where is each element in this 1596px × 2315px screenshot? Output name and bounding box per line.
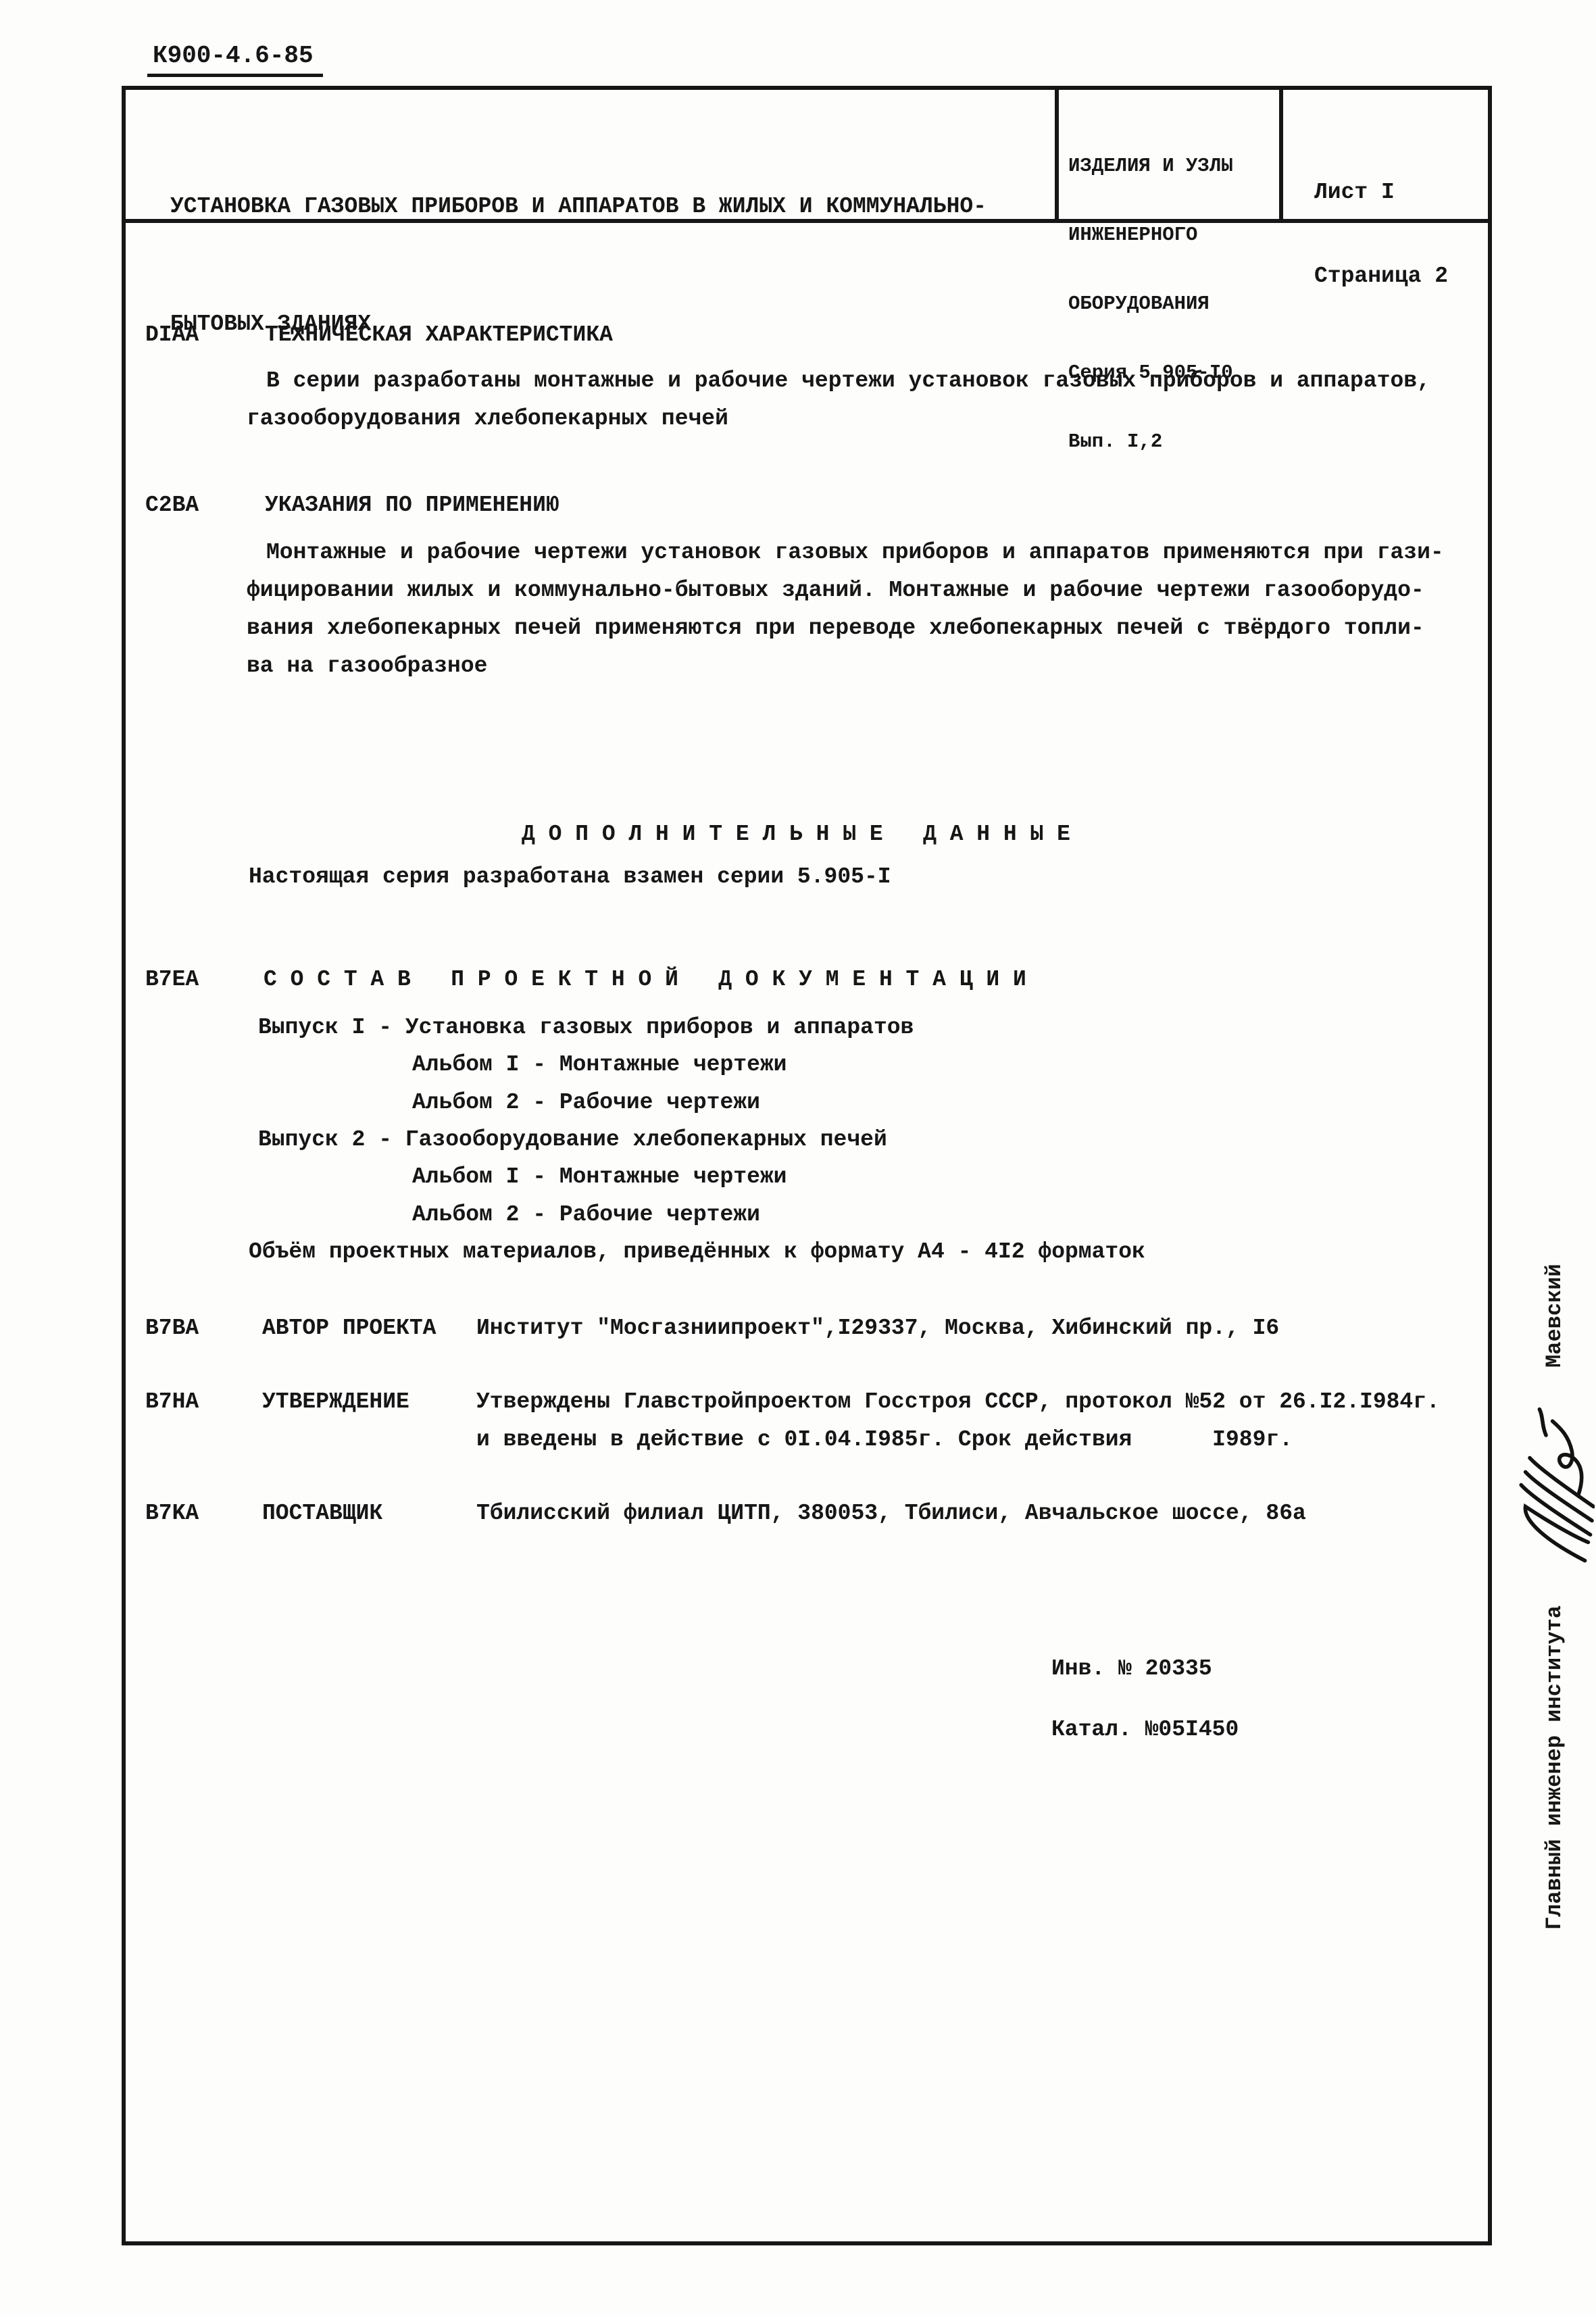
paragraph-line: газооборудования хлебопекарных печей	[247, 407, 728, 431]
composition-item: Выпуск I - Установка газовых приборов и …	[258, 1016, 914, 1040]
section-heading: С О С Т А В П Р О Е К Т Н О Й Д О К У М …	[264, 968, 1026, 992]
signoff-block: Главный инженер института Маевский	[1512, 1180, 1596, 1930]
composition-volume-note: Объём проектных материалов, приведённых …	[249, 1240, 1145, 1264]
header-title-cell: УСТАНОВКА ГАЗОВЫХ ПРИБОРОВ И АППАРАТОВ В…	[126, 90, 1055, 219]
section-code: B7KA	[145, 1501, 199, 1526]
paragraph-line: ва на газообразное	[247, 654, 487, 678]
section-heading: ТЕХНИЧЕСКАЯ ХАРАКТЕРИСТИКА	[265, 323, 613, 347]
record-label: УТВЕРЖДЕНИЕ	[262, 1390, 409, 1414]
paragraph-line: вания хлебопекарных печей применяются пр…	[247, 616, 1424, 641]
record-value-line: Утверждены Главстройпроектом Госстроя СС…	[476, 1390, 1440, 1414]
classification-line: ИЗДЕЛИЯ И УЗЛЫ	[1068, 155, 1279, 178]
additional-data-heading: Д О П О Л Н И Т Е Л Ь Н Ы Е Д А Н Н Ы Е	[522, 822, 1070, 847]
section-code: C2BA	[145, 493, 199, 518]
issue-number: Вып. I,2	[1068, 430, 1279, 453]
classification-line: ОБОРУДОВАНИЯ	[1068, 293, 1279, 316]
additional-data-note: Настоящая серия разработана взамен серии…	[249, 865, 891, 889]
composition-item: Выпуск 2 - Газооборудование хлебопекарны…	[258, 1128, 887, 1152]
header-sheet-cell: Лист I Страница 2	[1279, 90, 1488, 219]
composition-item: Альбом I - Монтажные чертежи	[412, 1165, 787, 1189]
signature-scribble-icon	[1514, 1385, 1595, 1588]
paragraph-line: фицировании жилых и коммунально-бытовых …	[247, 578, 1424, 603]
classification-line: ИНЖЕНЕРНОГО	[1068, 224, 1279, 247]
header-title-line: УСТАНОВКА ГАЗОВЫХ ПРИБОРОВ И АППАРАТОВ В…	[170, 187, 1055, 226]
record-label: ПОСТАВЩИК	[262, 1501, 382, 1526]
composition-item: Альбом I - Монтажные чертежи	[412, 1053, 787, 1077]
catalog-number: Катал. №05I450	[1051, 1718, 1239, 1742]
composition-item: Альбом 2 - Рабочие чертежи	[412, 1091, 760, 1115]
signoff-name: Маевский	[1542, 1264, 1567, 1368]
sheet-number: Лист I	[1314, 180, 1488, 205]
header-classification-cell: ИЗДЕЛИЯ И УЗЛЫ ИНЖЕНЕРНОГО ОБОРУДОВАНИЯ …	[1055, 90, 1279, 219]
page-number: Страница 2	[1314, 264, 1488, 289]
document-code: К900-4.6-85	[147, 42, 323, 77]
scanned-document-page: К900-4.6-85 УСТАНОВКА ГАЗОВЫХ ПРИБОРОВ И…	[0, 0, 1596, 2315]
section-code: DIAA	[145, 323, 199, 347]
record-value-line: Институт "Мосгазниипроект",I29337, Москв…	[476, 1316, 1279, 1341]
signoff-role: Главный инженер института	[1542, 1605, 1567, 1930]
inventory-number: Инв. № 20335	[1051, 1657, 1212, 1681]
section-heading: УКАЗАНИЯ ПО ПРИМЕНЕНИЮ	[265, 493, 559, 518]
record-value-line: и введены в действие с 0I.04.I985г. Срок…	[476, 1428, 1293, 1452]
paragraph-line: Монтажные и рабочие чертежи установок га…	[266, 541, 1444, 565]
section-code: B7EA	[145, 968, 199, 992]
section-code: B7BA	[145, 1316, 199, 1341]
composition-item: Альбом 2 - Рабочие чертежи	[412, 1203, 760, 1227]
record-label: АВТОР ПРОЕКТА	[262, 1316, 436, 1341]
record-value-line: Тбилисский филиал ЦИТП, 380053, Тбилиси,…	[476, 1501, 1306, 1526]
paragraph-line: В серии разработаны монтажные и рабочие …	[266, 369, 1430, 393]
header-table: УСТАНОВКА ГАЗОВЫХ ПРИБОРОВ И АППАРАТОВ В…	[126, 90, 1488, 223]
section-code: B7HA	[145, 1390, 199, 1414]
